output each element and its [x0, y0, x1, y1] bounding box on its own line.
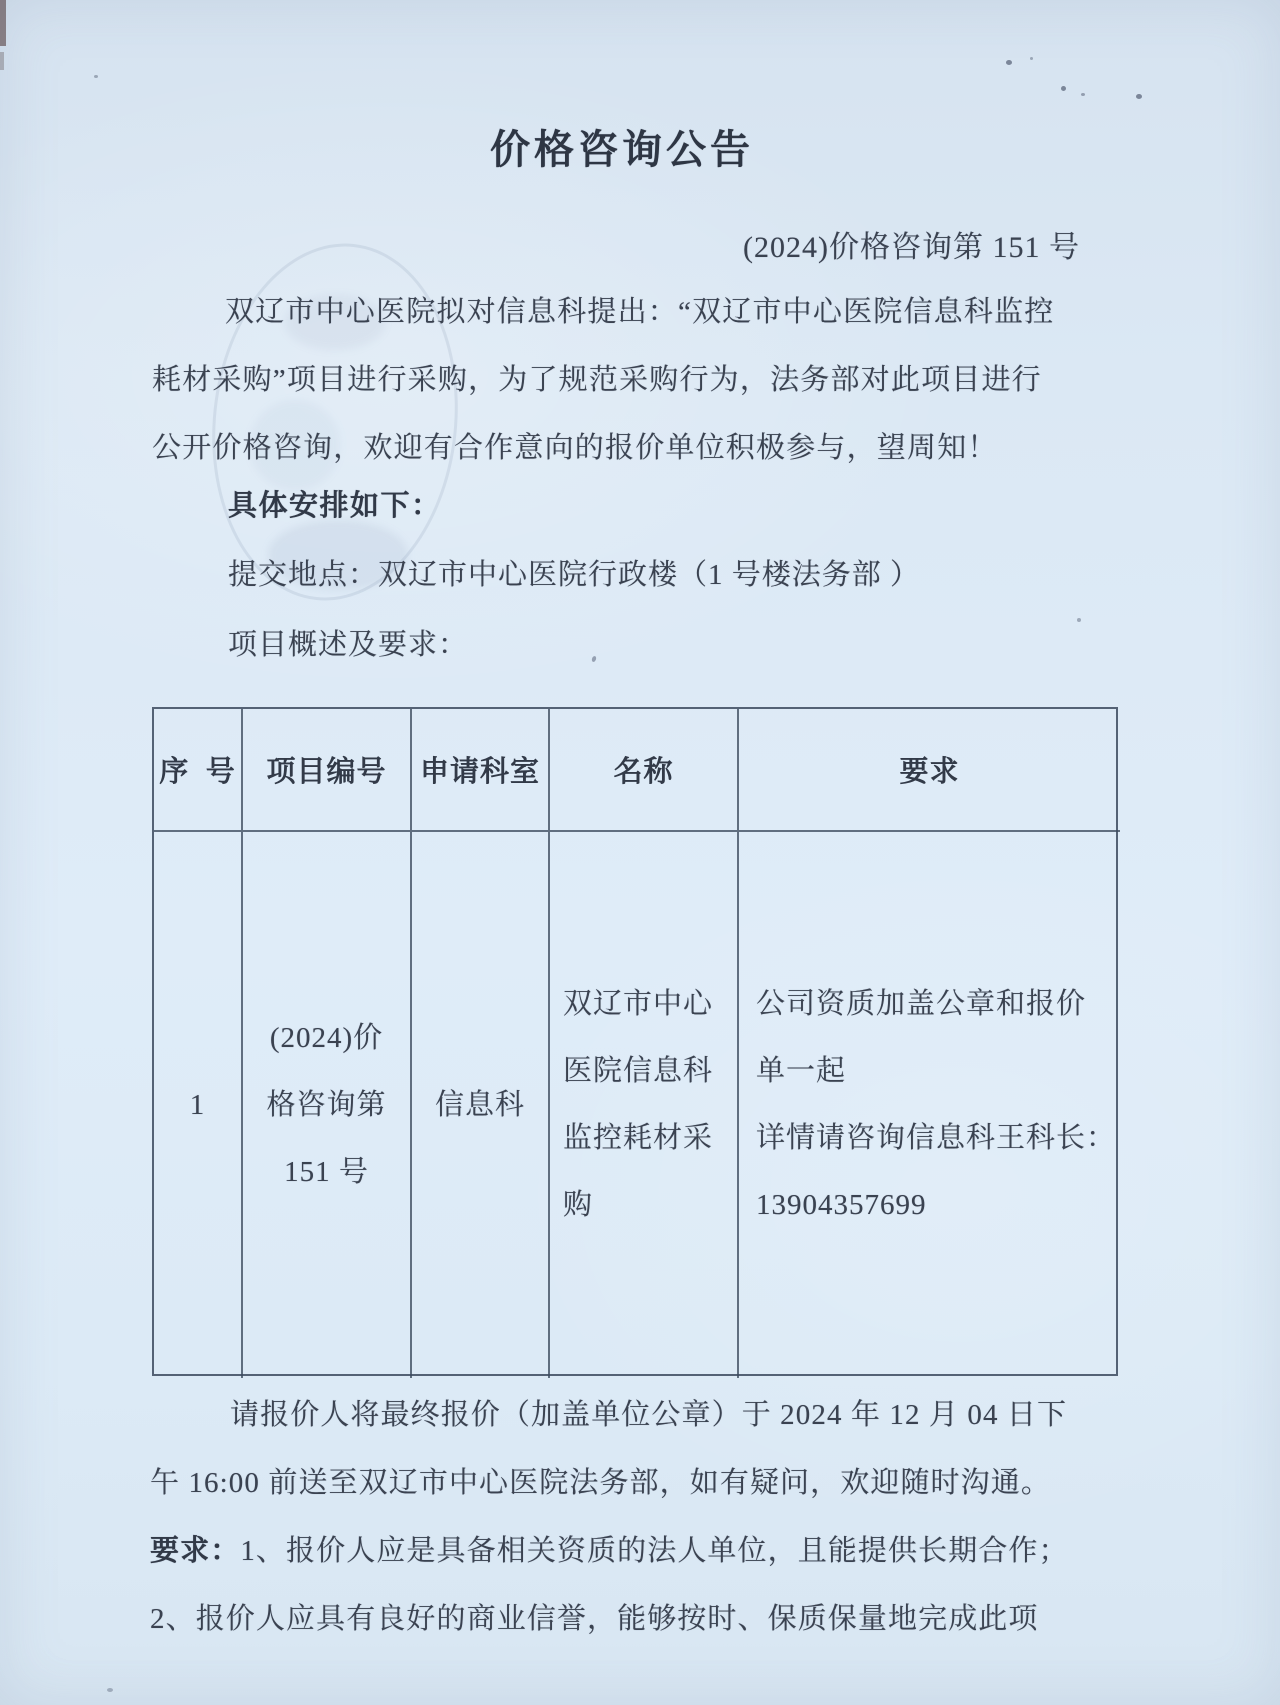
- name-line: 监控耗材采: [563, 1105, 713, 1172]
- dust-speck: [1077, 618, 1081, 622]
- table-intro-line: 项目概述及要求：: [228, 622, 468, 663]
- header-requirement: 要求: [739, 709, 1120, 832]
- dust-speck: [1136, 94, 1142, 99]
- cell-seq: 1: [154, 832, 243, 1378]
- cell-requirement: 公司资质加盖公章和报价 单一起 详情请咨询信息科王科长： 13904357699: [739, 832, 1120, 1378]
- project-no-line: (2024)价: [270, 1005, 383, 1072]
- closing-line: 午 16:00 前送至双辽市中心医院法务部，如有疑问，欢迎随时沟通。: [150, 1449, 1020, 1517]
- seq-value: 1: [190, 1072, 206, 1139]
- scan-edge-mark: [0, 52, 4, 70]
- dust-speck: [1081, 93, 1085, 96]
- cell-project-no: (2024)价 格咨询第 151 号: [243, 832, 412, 1378]
- header-seq: 序 号: [154, 709, 243, 832]
- requirement-line: 详情请咨询信息科王科长：: [756, 1105, 1116, 1172]
- cell-name: 双辽市中心 医院信息科 监控耗材采 购: [550, 832, 739, 1378]
- dust-speck: [1030, 57, 1033, 60]
- project-table: 序 号 项目编号 申请科室 名称 要求 1 (2024)价 格咨询第 151 号…: [152, 707, 1118, 1376]
- document-title: 价格咨询公告: [0, 118, 1244, 175]
- closing-paragraph: 请报价人将最终报价（加盖单位公章）于 2024 年 12 月 04 日下 午 1…: [150, 1381, 1020, 1653]
- intro-line: 公开价格咨询，欢迎有合作意向的报价单位积极参与，望周知！: [152, 414, 1004, 482]
- intro-line: 双辽市中心医院拟对信息科提出：“双辽市中心医院信息科监控: [152, 278, 1004, 346]
- name-line: 双辽市中心: [563, 971, 713, 1038]
- header-department: 申请科室: [412, 709, 550, 832]
- requirement-line: 公司资质加盖公章和报价: [756, 971, 1086, 1038]
- header-name: 名称: [550, 709, 739, 832]
- scanned-document-page: 价格咨询公告 (2024)价格咨询第 151 号 双辽市中心医院拟对信息科提出：…: [0, 0, 1280, 1705]
- requirement-label: 要求：: [150, 1535, 240, 1567]
- intro-line: 耗材采购”项目进行采购，为了规范采购行为，法务部对此项目进行: [152, 346, 1004, 414]
- dust-speck: [94, 75, 98, 78]
- closing-line-text: 1、报价人应是具备相关资质的法人单位，且能提供长期合作；: [240, 1535, 1068, 1567]
- project-no-line: 151 号: [284, 1139, 369, 1206]
- dust-speck: [591, 655, 597, 662]
- name-line: 医院信息科: [563, 1038, 713, 1105]
- dust-speck: [1006, 60, 1012, 65]
- arrangement-heading: 具体安排如下：: [228, 483, 442, 524]
- project-no-line: 格咨询第: [266, 1072, 386, 1139]
- document-number: (2024)价格咨询第 151 号: [743, 222, 1080, 266]
- closing-line: 请报价人将最终报价（加盖单位公章）于 2024 年 12 月 04 日下: [150, 1381, 1020, 1449]
- department-value: 信息科: [435, 1072, 525, 1139]
- dust-speck: [107, 1688, 113, 1692]
- scan-edge-mark: [0, 0, 6, 46]
- name-line: 购: [563, 1172, 593, 1239]
- requirement-line: 单一起: [756, 1038, 846, 1105]
- submit-location-line: 提交地点：双辽市中心医院行政楼（1 号楼法务部 ）: [228, 552, 920, 593]
- closing-line: 2、报价人应具有良好的商业信誉，能够按时、保质保量地完成此项: [150, 1585, 1020, 1653]
- cell-department: 信息科: [412, 832, 550, 1378]
- intro-paragraph: 双辽市中心医院拟对信息科提出：“双辽市中心医院信息科监控 耗材采购”项目进行采购…: [152, 278, 1004, 482]
- requirement-line: 13904357699: [756, 1172, 927, 1239]
- closing-line: 要求：1、报价人应是具备相关资质的法人单位，且能提供长期合作；: [150, 1517, 1020, 1585]
- dust-speck: [1061, 86, 1066, 91]
- header-project-no: 项目编号: [243, 709, 412, 832]
